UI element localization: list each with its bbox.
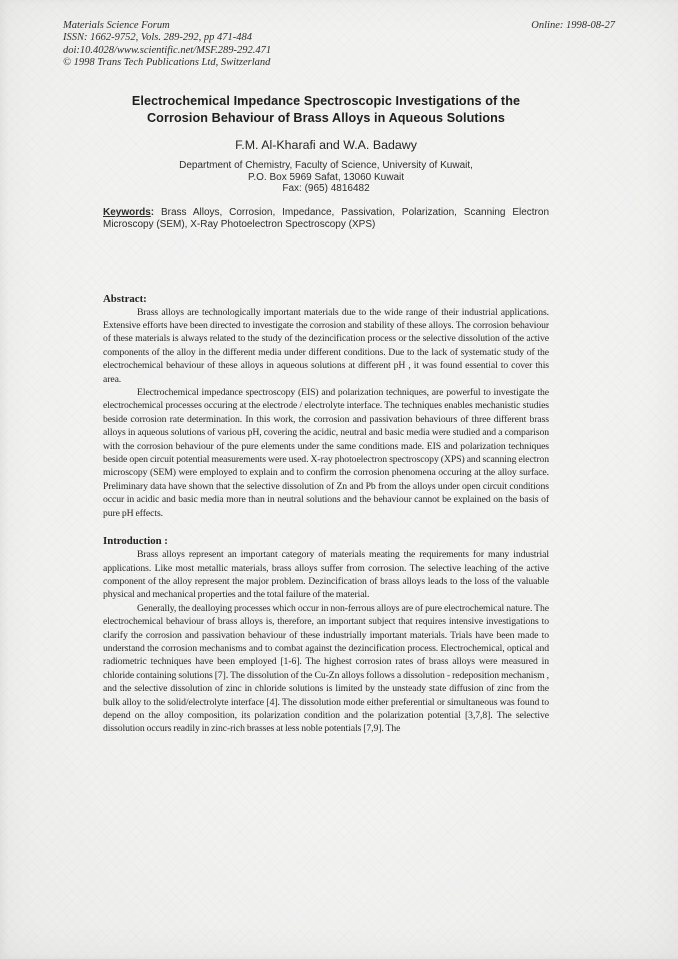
online-date: Online: 1998-08-27: [531, 20, 615, 32]
abstract-paragraph-2: Electrochemical impedance spectroscopy (…: [103, 386, 549, 520]
paper-content: Electrochemical Impedance Spectroscopic …: [103, 93, 549, 736]
affiliation-line-1: Department of Chemistry, Faculty of Scie…: [103, 160, 549, 172]
title-line-2: Corrosion Behaviour of Brass Alloys in A…: [147, 111, 505, 125]
scanned-paper-page: Materials Science Forum ISSN: 1662-9752,…: [0, 0, 678, 959]
issn-line: ISSN: 1662-9752, Vols. 289-292, pp 471-4…: [63, 32, 271, 44]
keywords-label-word: Keywords: [103, 207, 151, 218]
affiliation-block: Department of Chemistry, Faculty of Scie…: [103, 160, 549, 195]
paper-title: Electrochemical Impedance Spectroscopic …: [103, 93, 549, 126]
title-line-1: Electrochemical Impedance Spectroscopic …: [132, 94, 520, 108]
author-names: F.M. Al-Kharafi and W.A. Badawy: [103, 138, 549, 152]
introduction-paragraph-1: Brass alloys represent an important cate…: [103, 548, 549, 602]
journal-masthead: Materials Science Forum ISSN: 1662-9752,…: [63, 20, 615, 69]
keywords-line: Keywords: Brass Alloys, Corrosion, Imped…: [103, 207, 549, 232]
copyright-line: © 1998 Trans Tech Publications Ltd, Swit…: [63, 57, 271, 69]
abstract-paragraph-1: Brass alloys are technologically importa…: [103, 306, 549, 386]
keywords-label-colon: :: [151, 207, 154, 218]
affiliation-line-2: P.O. Box 5969 Safat, 13060 Kuwait: [103, 172, 549, 184]
introduction-paragraph-2: Generally, the dealloying processes whic…: [103, 602, 549, 736]
introduction-heading: Introduction :: [103, 534, 549, 548]
journal-info-block: Materials Science Forum ISSN: 1662-9752,…: [63, 20, 271, 69]
affiliation-line-3: Fax: (965) 4816482: [103, 183, 549, 195]
journal-name: Materials Science Forum: [63, 20, 271, 32]
doi-line: doi:10.4028/www.scientific.net/MSF.289-2…: [63, 45, 271, 57]
keywords-text: Brass Alloys, Corrosion, Impedance, Pass…: [103, 207, 549, 230]
keywords-label: Keywords:: [103, 207, 154, 218]
abstract-heading: Abstract:: [103, 292, 549, 306]
